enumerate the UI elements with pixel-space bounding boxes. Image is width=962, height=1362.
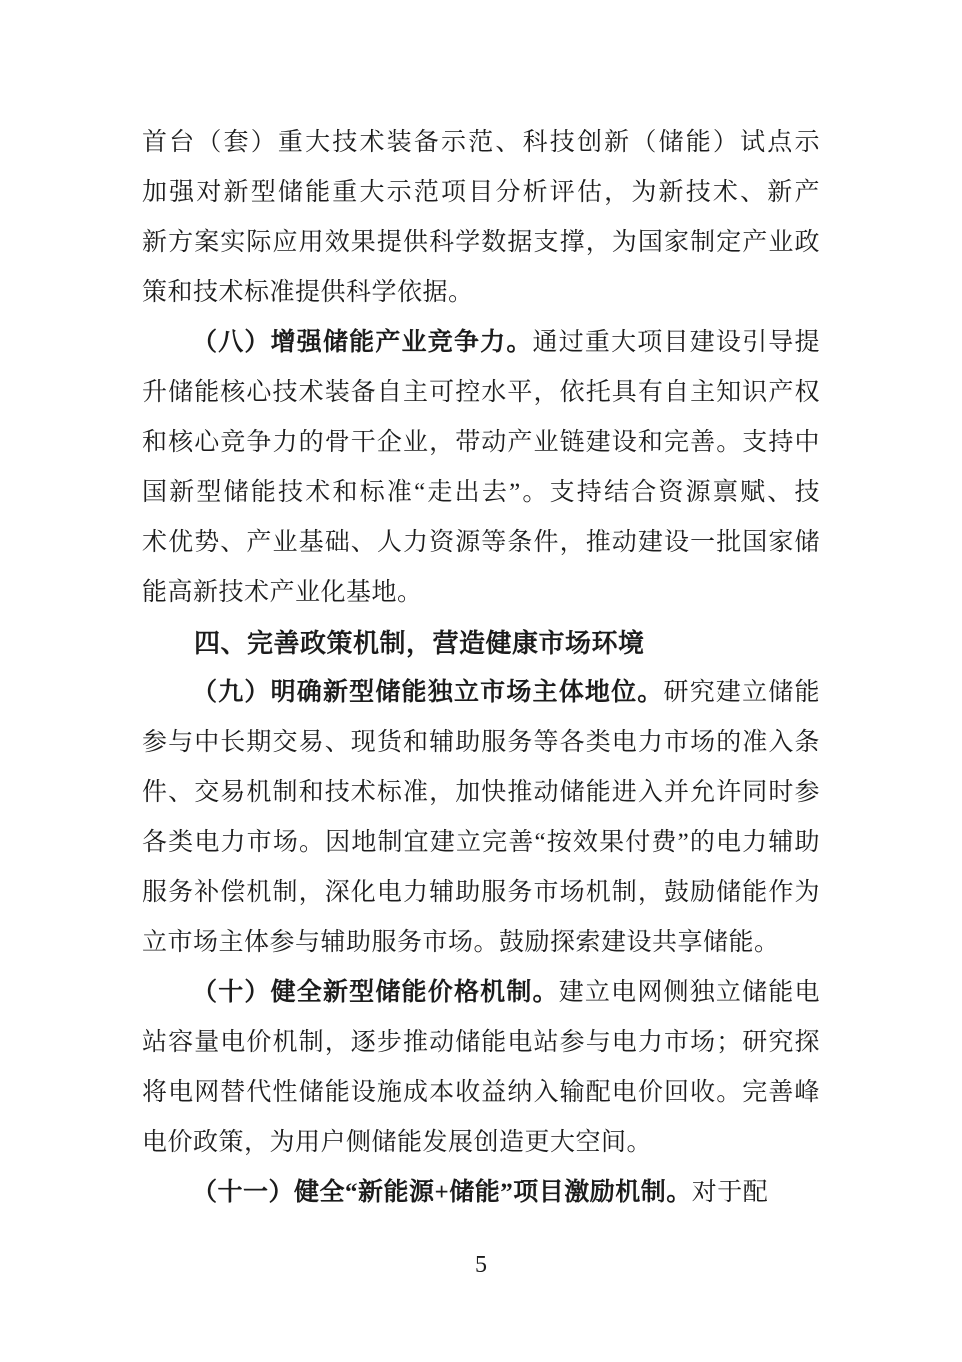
text-line: 电价政策，为用户侧储能发展创造更大空间。 — [142, 1118, 820, 1168]
body-text: 站容量电价机制，逐步推动储能电站参与电力市场；研究探索 — [142, 1029, 820, 1068]
body-text: 和核心竞争力的骨干企业，带动产业链建设和完善。支持中 — [142, 429, 820, 456]
text-line: 术优势、产业基础、人力资源等条件，推动建设一批国家储 — [142, 518, 820, 568]
text-line: （九）明确新型储能独立市场主体地位。研究建立储能 — [142, 668, 820, 718]
body-text: 对于配 — [692, 1179, 769, 1206]
section-heading: 四、完善政策机制，营造健康市场环境 — [142, 618, 820, 668]
text-line: 服务补偿机制，深化电力辅助服务市场机制，鼓励储能作为独 — [142, 868, 820, 918]
body-text: 国新型储能技术和标准“走出去”。支持结合资源禀赋、技 — [142, 479, 820, 506]
body-text: 服务补偿机制，深化电力辅助服务市场机制，鼓励储能作为独 — [142, 879, 820, 918]
body-text: 术优势、产业基础、人力资源等条件，推动建设一批国家储 — [142, 529, 820, 556]
body-text: 建立电网侧独立储能电 — [559, 979, 820, 1006]
text-line: 参与中长期交易、现货和辅助服务等各类电力市场的准入条 — [142, 718, 820, 768]
body-text: 电价政策，为用户侧储能发展创造更大空间。 — [142, 1129, 652, 1156]
body-text: 将电网替代性储能设施成本收益纳入输配电价回收。完善峰谷 — [142, 1079, 820, 1118]
document-lines: 首台（套）重大技术装备示范、科技创新（储能）试点示范。加强对新型储能重大示范项目… — [142, 118, 820, 1218]
bold-lead-text: （八）增强储能产业竞争力。 — [192, 329, 533, 356]
text-line: （八）增强储能产业竞争力。通过重大项目建设引导提 — [142, 318, 820, 368]
text-line: 能高新技术产业化基地。 — [142, 568, 820, 618]
body-text: 新方案实际应用效果提供科学数据支撑，为国家制定产业政 — [142, 229, 820, 256]
body-text: 策和技术标准提供科学依据。 — [142, 279, 474, 306]
bold-lead-text: 四、完善政策机制，营造健康市场环境 — [194, 628, 645, 658]
body-text: 加强对新型储能重大示范项目分析评估，为新技术、新产品、 — [142, 179, 820, 218]
body-text: 通过重大项目建设引导提 — [533, 329, 820, 356]
body-text: 能高新技术产业化基地。 — [142, 579, 423, 606]
body-text: 件、交易机制和技术标准，加快推动储能进入并允许同时参与 — [142, 779, 820, 818]
text-line: 升储能核心技术装备自主可控水平，依托具有自主知识产权 — [142, 368, 820, 418]
text-line: （十一）健全“新能源+储能”项目激励机制。对于配 — [142, 1168, 820, 1218]
text-line: 首台（套）重大技术装备示范、科技创新（储能）试点示范。 — [142, 118, 820, 168]
body-text: 升储能核心技术装备自主可控水平，依托具有自主知识产权 — [142, 379, 820, 406]
body-text: 各类电力市场。因地制宜建立完善“按效果付费”的电力辅助 — [142, 829, 820, 856]
text-line: 新方案实际应用效果提供科学数据支撑，为国家制定产业政 — [142, 218, 820, 268]
text-line: 策和技术标准提供科学依据。 — [142, 268, 820, 318]
text-line: （十）健全新型储能价格机制。建立电网侧独立储能电 — [142, 968, 820, 1018]
text-line: 站容量电价机制，逐步推动储能电站参与电力市场；研究探索 — [142, 1018, 820, 1068]
text-line: 国新型储能技术和标准“走出去”。支持结合资源禀赋、技 — [142, 468, 820, 518]
bold-lead-text: （十一）健全“新能源+储能”项目激励机制。 — [192, 1179, 692, 1206]
body-text: 研究建立储能 — [664, 679, 820, 706]
text-line: 和核心竞争力的骨干企业，带动产业链建设和完善。支持中 — [142, 418, 820, 468]
body-text: 首台（套）重大技术装备示范、科技创新（储能）试点示范。 — [142, 129, 820, 168]
text-line: 加强对新型储能重大示范项目分析评估，为新技术、新产品、 — [142, 168, 820, 218]
text-line: 立市场主体参与辅助服务市场。鼓励探索建设共享储能。 — [142, 918, 820, 968]
text-line: 件、交易机制和技术标准，加快推动储能进入并允许同时参与 — [142, 768, 820, 818]
bold-lead-text: （九）明确新型储能独立市场主体地位。 — [192, 679, 664, 706]
body-text: 参与中长期交易、现货和辅助服务等各类电力市场的准入条 — [142, 729, 820, 756]
document-page: 首台（套）重大技术装备示范、科技创新（储能）试点示范。加强对新型储能重大示范项目… — [0, 0, 962, 1362]
bold-lead-text: （十）健全新型储能价格机制。 — [192, 979, 559, 1006]
text-line: 各类电力市场。因地制宜建立完善“按效果付费”的电力辅助 — [142, 818, 820, 868]
body-text: 立市场主体参与辅助服务市场。鼓励探索建设共享储能。 — [142, 929, 780, 956]
page-number: 5 — [0, 1252, 962, 1279]
text-line: 将电网替代性储能设施成本收益纳入输配电价回收。完善峰谷 — [142, 1068, 820, 1118]
